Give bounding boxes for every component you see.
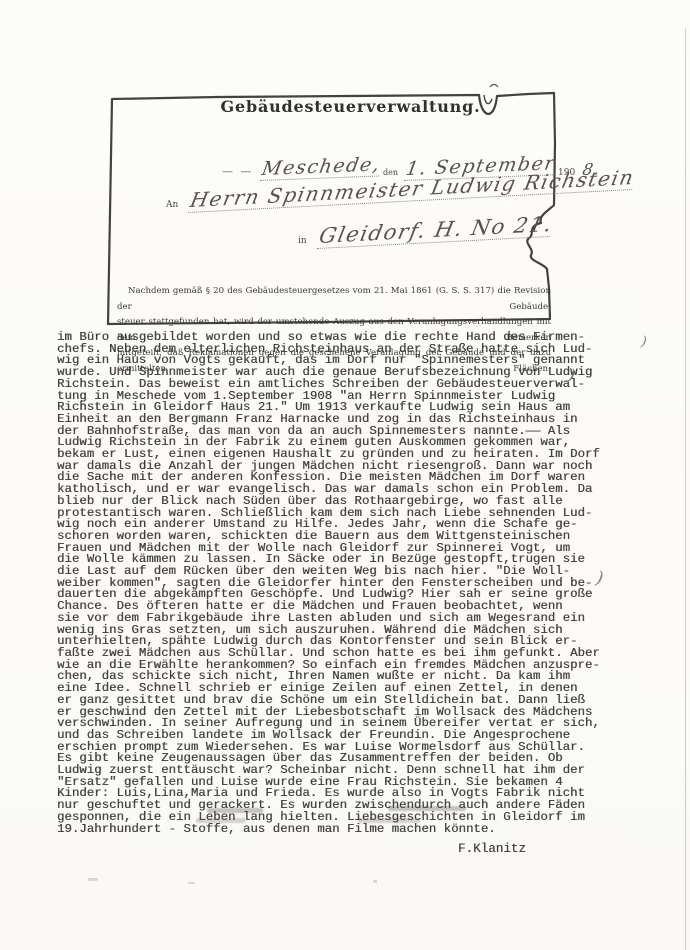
scanned-document-page: Gebäudesteuerverwaltung. — — Meschede, d… bbox=[0, 0, 690, 950]
fine-print-line: Nachdem gemäß § 20 des Gebäudesteuergese… bbox=[117, 284, 551, 315]
letterhead-title: Gebäudesteuerverwaltung. bbox=[130, 97, 571, 116]
overtype-smudge bbox=[207, 808, 263, 813]
overtype-smudge bbox=[196, 818, 246, 823]
date-den-label: den bbox=[383, 168, 398, 177]
overtype-smudge bbox=[358, 818, 420, 823]
scan-edge-line bbox=[685, 28, 686, 950]
scan-speck bbox=[373, 880, 377, 883]
pen-dash-mark: — — bbox=[222, 165, 254, 178]
ink-curl-icon bbox=[490, 85, 498, 88]
an-label: An bbox=[166, 200, 178, 210]
typed-body-text: im Büro ausgebildet worden und so etwas … bbox=[57, 332, 600, 835]
scan-speck bbox=[188, 882, 195, 884]
signature: F.Klanitz bbox=[458, 842, 526, 856]
overtype-smudge bbox=[388, 806, 466, 811]
in-label: in bbox=[298, 236, 307, 246]
location-line: in Gleidorf. H. No 21. bbox=[298, 224, 547, 249]
recipient-line: An Herrn Spinnmeister Ludwig Richstein bbox=[166, 188, 627, 213]
date-place-handwritten: Meschede, bbox=[260, 154, 382, 181]
scan-speck bbox=[88, 878, 98, 881]
pen-mark-icon: ) bbox=[640, 334, 648, 351]
